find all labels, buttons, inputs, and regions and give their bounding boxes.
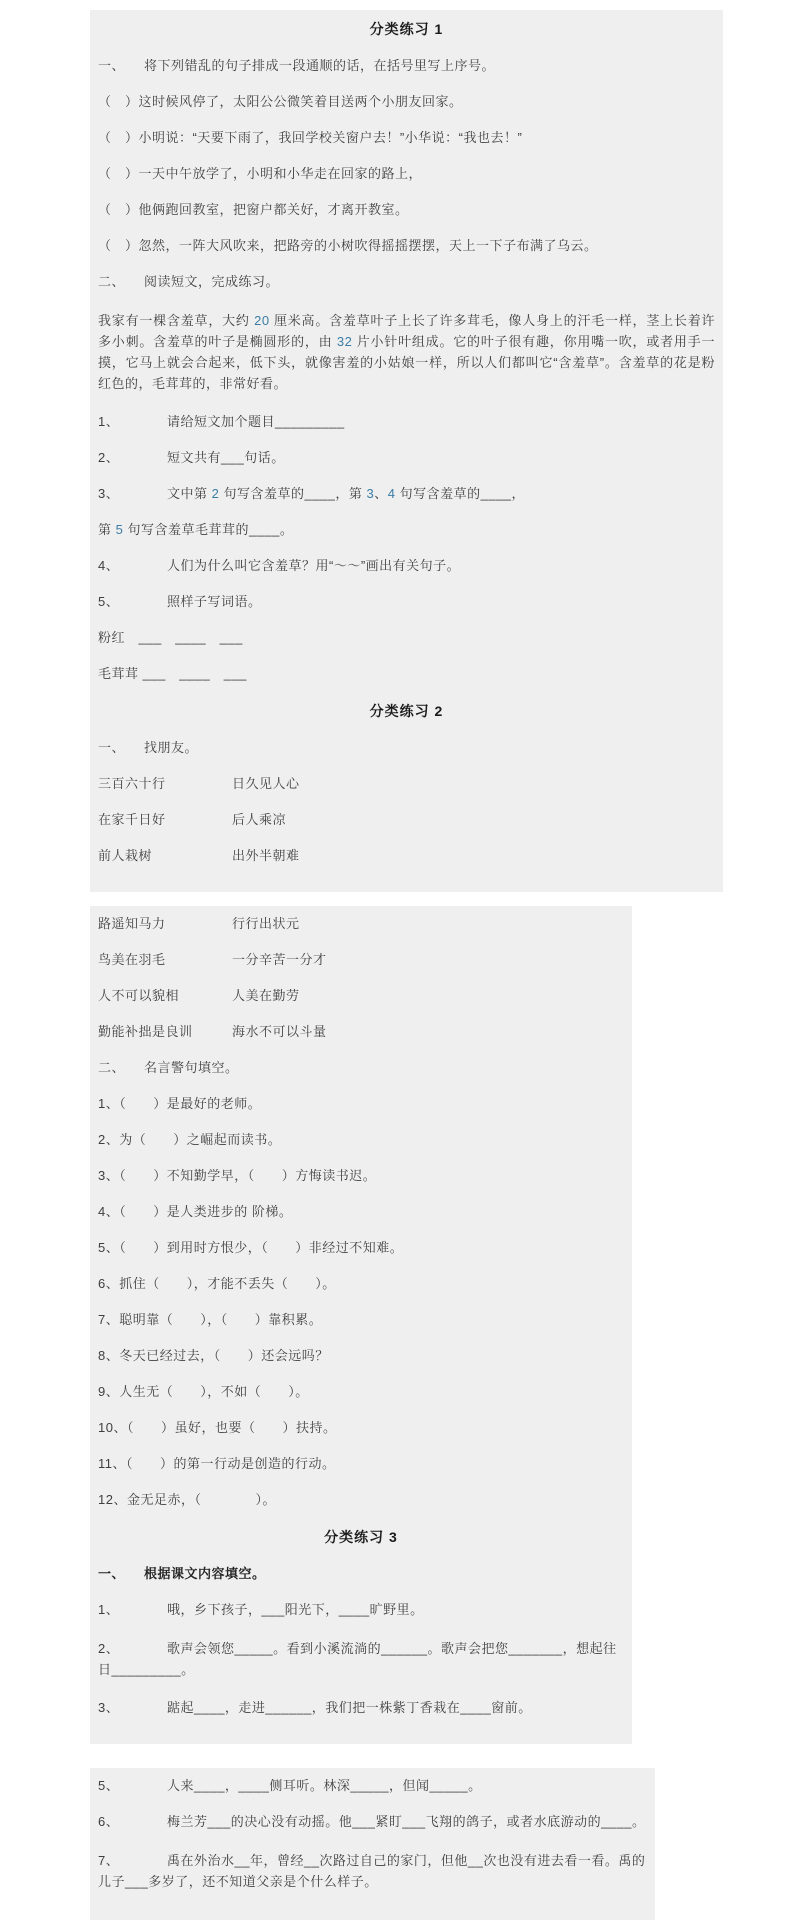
section-number: 一、 (98, 1566, 144, 1582)
ex3-question-6: 6、梅兰芳___的决心没有动摇。他___紧盯___飞翔的鸽子，或者水底游动的__… (98, 1814, 647, 1830)
match-left: 路遥知马力 (98, 916, 232, 932)
ex3-question-7: 7、禹在外治水__年，曾经__次路过自己的家门，但他__次也没有进去看一看。禹的… (98, 1850, 647, 1892)
ex3-question-5: 5、人来____，____侧耳听。林深_____，但闻_____。 (98, 1778, 647, 1794)
worksheet-block-1: 分类练习 1 一、将下列错乱的句子排成一段通顺的话，在括号里写上序号。 （ ）这… (90, 10, 723, 892)
ex2-match-pair: 前人栽树出外半朝难 (98, 848, 715, 864)
ex2-fill-item-3: 3、（ ）不知勤学早，（ ）方悔读书迟。 (98, 1168, 624, 1184)
section-text: 阅读短文，完成练习。 (144, 274, 279, 289)
item-number: 3、 (98, 1168, 119, 1183)
question-number: 2、 (98, 450, 167, 466)
worksheet-page: 分类练习 1 一、将下列错乱的句子排成一段通顺的话，在括号里写上序号。 （ ）这… (0, 0, 800, 1932)
ex2-match-pair: 路遥知马力行行出状元 (98, 916, 624, 932)
ex2-section-2-heading: 二、名言警句填空。 (98, 1060, 624, 1076)
match-left: 在家千日好 (98, 812, 232, 828)
section-number: 二、 (98, 274, 144, 290)
item-number: 2、 (98, 1132, 119, 1147)
ex1-question-5: 5、照样子写词语。 (98, 594, 715, 610)
ex2-match-pair: 在家千日好后人乘凉 (98, 812, 715, 828)
ex1-sort-item: （ ）这时候风停了，太阳公公微笑着目送两个小朋友回家。 (98, 94, 715, 110)
question-number: 3、 (98, 486, 167, 502)
question-number: 2、 (98, 1638, 167, 1659)
match-left: 前人栽树 (98, 848, 232, 864)
ex3-title: 分类练习 3 (98, 1528, 624, 1546)
match-left: 勤能补拙是良训 (98, 1024, 232, 1040)
question-number: 1、 (98, 1602, 167, 1618)
worksheet-block-3: 5、人来____，____侧耳听。林深_____，但闻_____。 6、梅兰芳_… (90, 1768, 655, 1920)
item-number: 8、 (98, 1348, 119, 1363)
ex1-word-blank-row: 粉红 ___ ____ ___ (98, 630, 715, 646)
inline-number: 4 (388, 486, 396, 501)
ex2-fill-item-8: 8、冬天已经过去，（ ）还会远吗？ (98, 1348, 624, 1364)
ex2-match-pair: 勤能补拙是良训海水不可以斗量 (98, 1024, 624, 1040)
ex1-question-2: 2、短文共有___句话。 (98, 450, 715, 466)
match-right: 出外半朝难 (232, 848, 300, 863)
item-number: 10、 (98, 1420, 127, 1435)
question-number: 1、 (98, 414, 167, 430)
ex2-title: 分类练习 2 (98, 702, 715, 720)
ex1-section-1-heading: 一、将下列错乱的句子排成一段通顺的话，在括号里写上序号。 (98, 58, 715, 74)
match-right: 后人乘凉 (232, 812, 286, 827)
ex1-sort-item: （ ）小明说：“天要下雨了，我回学校关窗户去！”小华说：“我也去！” (98, 130, 715, 146)
ex1-sort-item: （ ）忽然，一阵大风吹来，把路旁的小树吹得摇摇摆摆，天上一下子布满了乌云。 (98, 238, 715, 254)
section-text: 将下列错乱的句子排成一段通顺的话，在括号里写上序号。 (144, 58, 495, 73)
ex2-fill-item-1: 1、（ ）是最好的老师。 (98, 1096, 624, 1112)
ex1-question-1: 1、请给短文加个题目_________ (98, 414, 715, 430)
match-left: 鸟美在羽毛 (98, 952, 232, 968)
ex1-title: 分类练习 1 (98, 20, 715, 38)
ex3-question-2: 2、歌声会领您_____。看到小溪流淌的______。歌声会把您_______，… (98, 1638, 624, 1680)
ex2-fill-item-10: 10、（ ）虽好，也要（ ）扶持。 (98, 1420, 624, 1436)
ex2-fill-item-11: 11、（ ）的第一行动是创造的行动。 (98, 1456, 624, 1472)
ex2-fill-item-12: 12、金无足赤，（ ）。 (98, 1492, 624, 1508)
inline-number: 3 (367, 486, 375, 501)
item-number: 12、 (98, 1492, 127, 1507)
ex2-section-1-heading: 一、找朋友。 (98, 740, 715, 756)
match-right: 行行出状元 (232, 916, 300, 931)
inline-number: 32 (337, 334, 352, 349)
ex2-match-pair: 人不可以貌相人美在勤劳 (98, 988, 624, 1004)
ex1-question-3: 3、文中第 2 句写含羞草的____，第 3、4 句写含羞草的____， (98, 486, 715, 502)
item-number: 5、 (98, 1240, 119, 1255)
ex3-question-3: 3、踮起____，走进______，我们把一株紫丁香栽在____窗前。 (98, 1700, 624, 1716)
question-number: 4、 (98, 558, 167, 574)
match-right: 人美在勤劳 (232, 988, 300, 1003)
ex3-section-1-heading: 一、根据课文内容填空。 (98, 1566, 624, 1582)
match-left: 人不可以貌相 (98, 988, 232, 1004)
ex1-reading-passage: 我家有一棵含羞草，大约 20 厘米高。含羞草叶子上长了许多茸毛，像人身上的汗毛一… (98, 310, 715, 394)
question-number: 6、 (98, 1814, 167, 1830)
ex2-match-pair: 三百六十行日久见人心 (98, 776, 715, 792)
ex1-section-2-heading: 二、阅读短文，完成练习。 (98, 274, 715, 290)
match-right: 日久见人心 (232, 776, 300, 791)
item-number: 6、 (98, 1276, 119, 1291)
ex1-question-4: 4、人们为什么叫它含羞草？用“～～”画出有关句子。 (98, 558, 715, 574)
match-right: 海水不可以斗量 (232, 1024, 327, 1039)
ex2-fill-item-5: 5、（ ）到用时方恨少，（ ）非经过不知难。 (98, 1240, 624, 1256)
item-number: 7、 (98, 1312, 119, 1327)
section-text: 找朋友。 (144, 740, 198, 755)
match-right: 一分辛苦一分才 (232, 952, 327, 967)
question-number: 7、 (98, 1850, 167, 1871)
ex1-word-blank-row: 毛茸茸 ___ ____ ___ (98, 666, 715, 682)
section-number: 一、 (98, 58, 144, 74)
item-number: 4、 (98, 1204, 119, 1219)
ex2-match-pair: 鸟美在羽毛一分辛苦一分才 (98, 952, 624, 968)
ex2-fill-item-6: 6、抓住（ ），才能不丢失（ ）。 (98, 1276, 624, 1292)
ex2-fill-item-7: 7、聪明靠（ ），（ ）靠积累。 (98, 1312, 624, 1328)
match-left: 三百六十行 (98, 776, 232, 792)
inline-number: 20 (254, 313, 269, 328)
worksheet-block-2: 路遥知马力行行出状元 鸟美在羽毛一分辛苦一分才 人不可以貌相人美在勤劳 勤能补拙… (90, 906, 632, 1744)
question-number: 5、 (98, 594, 167, 610)
question-number: 3、 (98, 1700, 167, 1716)
ex1-sort-item: （ ）一天中午放学了，小明和小华走在回家的路上， (98, 166, 715, 182)
ex1-sort-item: （ ）他俩跑回教室，把窗户都关好，才离开教室。 (98, 202, 715, 218)
ex2-fill-item-9: 9、人生无（ ），不如（ ）。 (98, 1384, 624, 1400)
item-number: 11、 (98, 1456, 126, 1471)
ex2-fill-item-2: 2、为（ ）之崛起而读书。 (98, 1132, 624, 1148)
item-number: 9、 (98, 1384, 119, 1399)
section-text: 名言警句填空。 (144, 1060, 239, 1075)
ex2-fill-item-4: 4、（ ）是人类进步的 阶梯。 (98, 1204, 624, 1220)
section-number: 二、 (98, 1060, 144, 1076)
ex1-question-3-continued: 第 5 句写含羞草毛茸茸的____。 (98, 522, 715, 538)
ex3-question-1: 1、哦，乡下孩子，___阳光下，____旷野里。 (98, 1602, 624, 1618)
question-number: 5、 (98, 1778, 167, 1794)
item-number: 1、 (98, 1096, 119, 1111)
inline-number: 5 (116, 522, 124, 537)
inline-number: 2 (212, 486, 220, 501)
section-number: 一、 (98, 740, 144, 756)
section-text: 根据课文内容填空。 (144, 1566, 266, 1581)
